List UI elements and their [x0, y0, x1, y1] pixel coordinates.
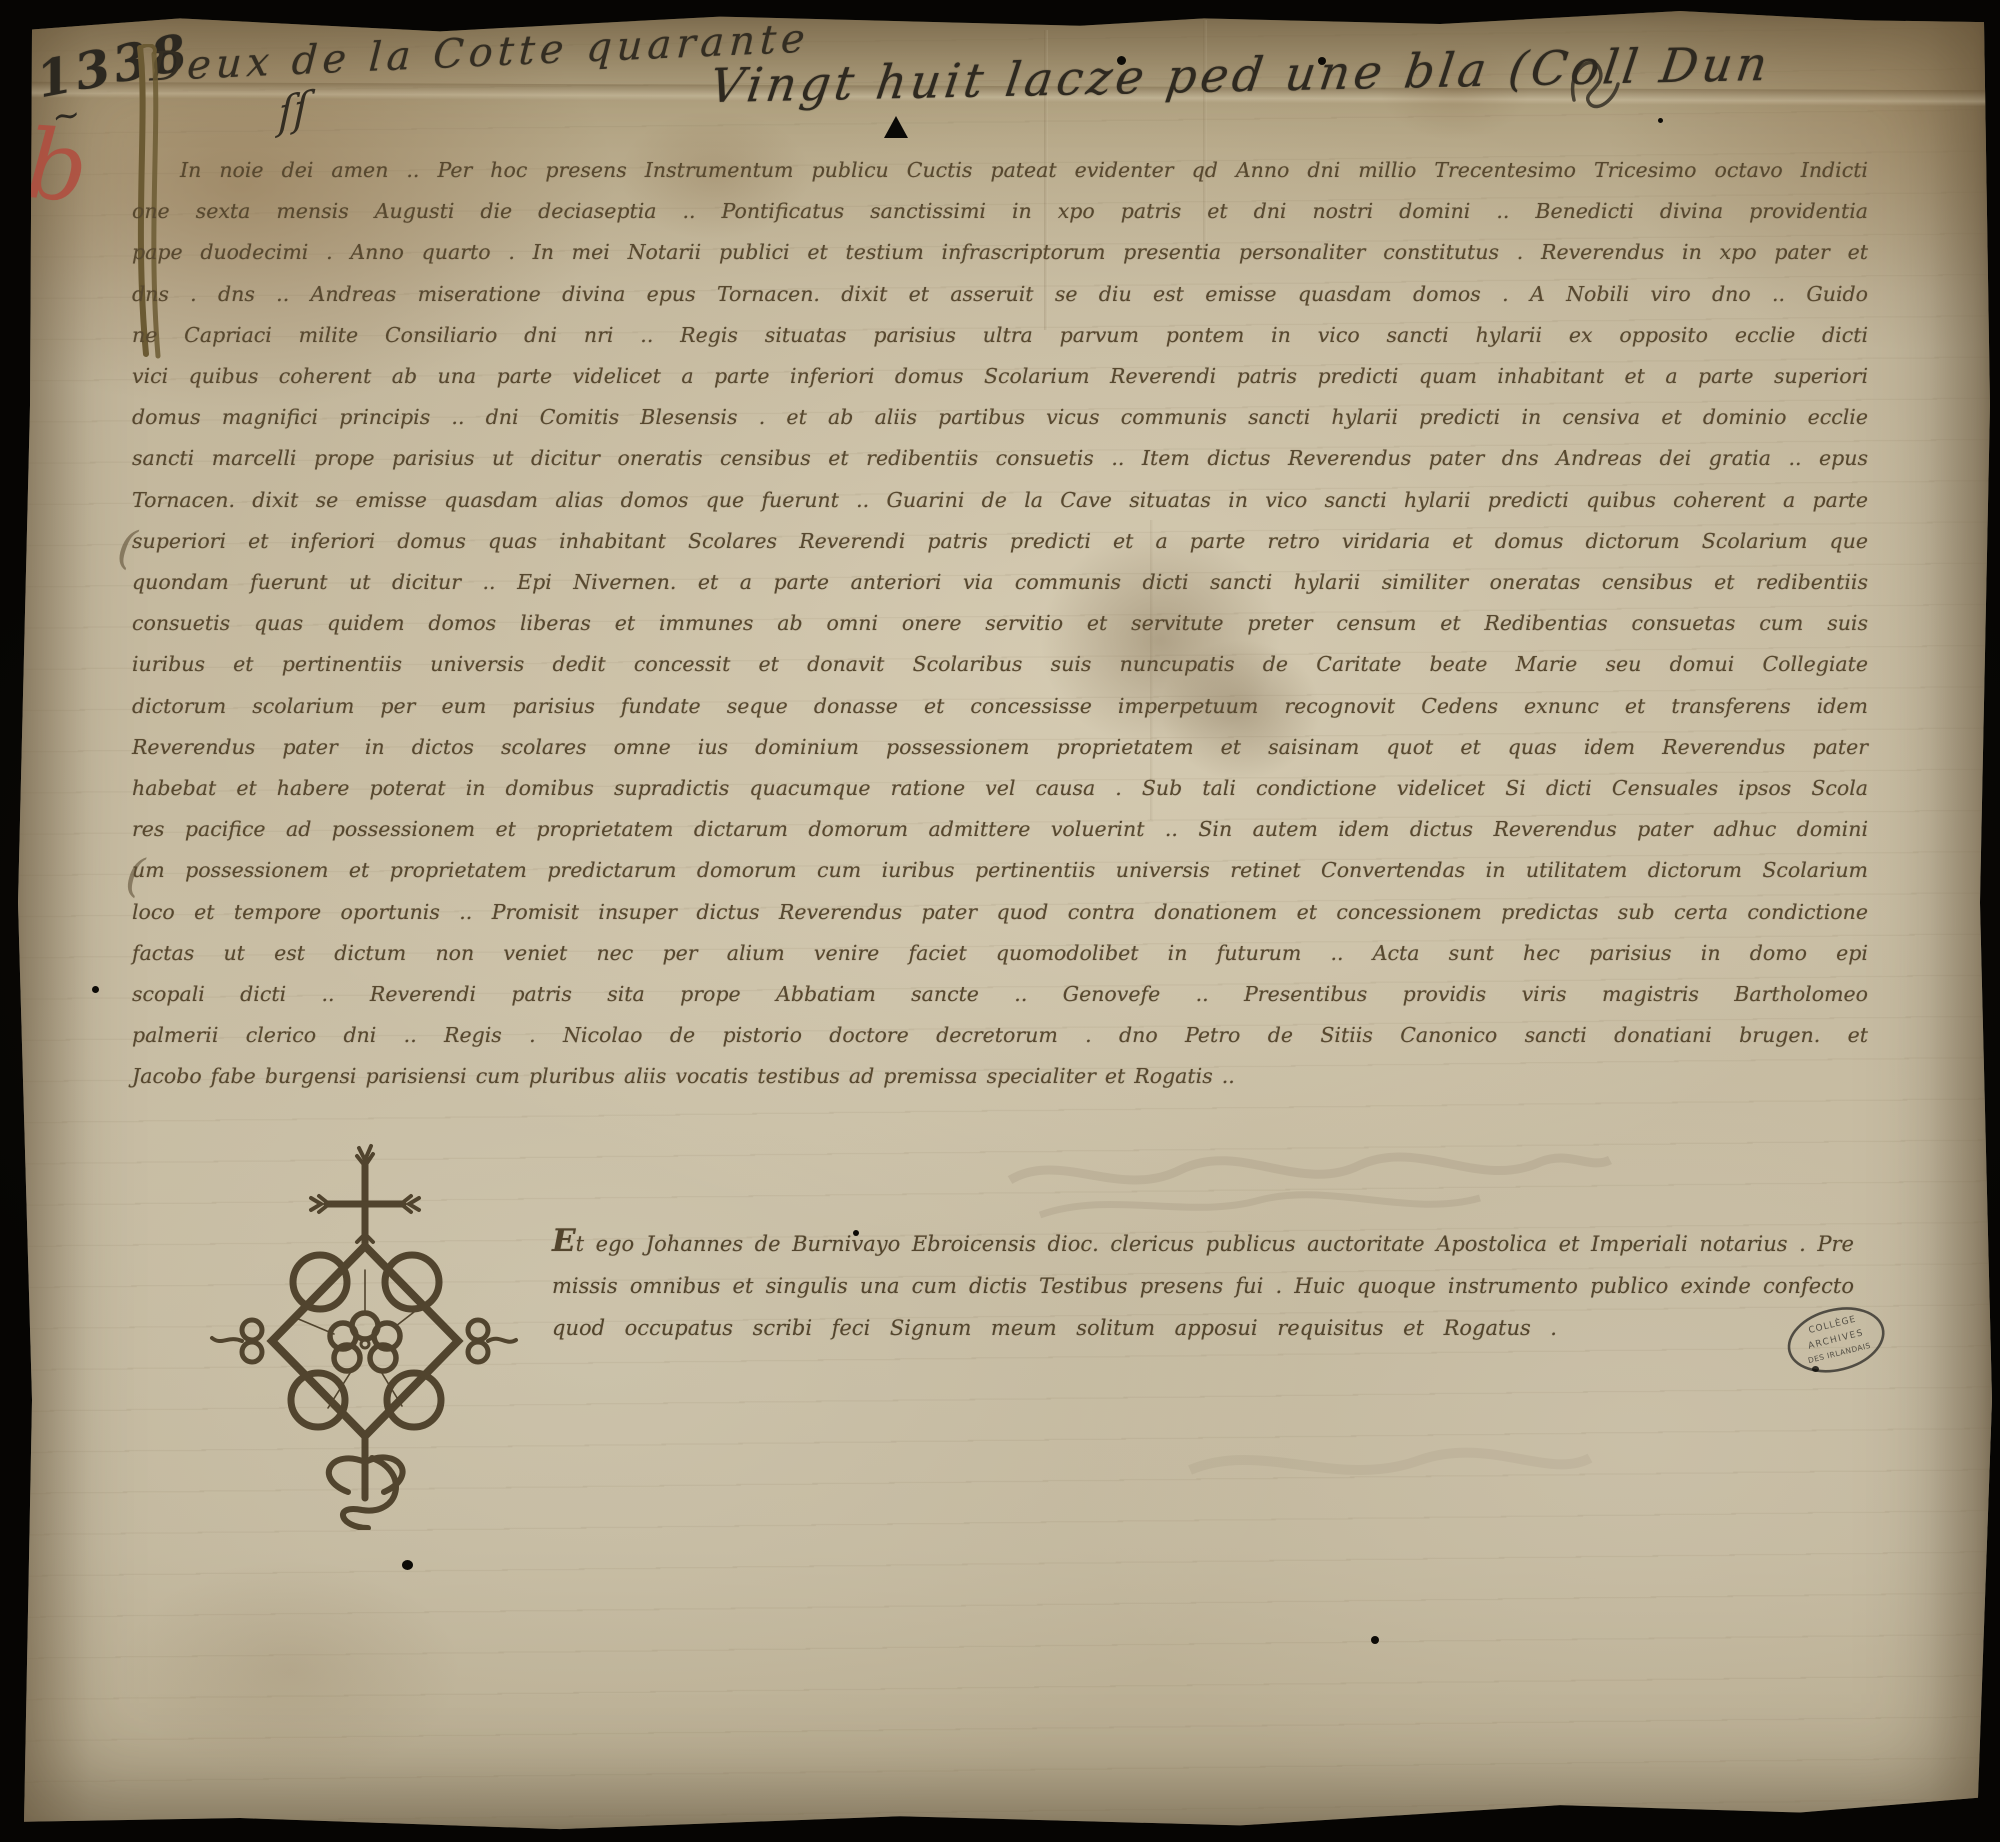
charter-line-12: consuetis quas quidem domos liberas et i… — [132, 603, 1868, 644]
worm-hole-2 — [1371, 1636, 1379, 1644]
title-end-flourish — [1560, 48, 1630, 118]
ink-spot-3 — [853, 1230, 859, 1236]
worm-hole-1 — [402, 1560, 413, 1570]
charter-line-7: domus magnifici principis .. dni Comitis… — [132, 397, 1868, 438]
charter-line-19: loco et tempore oportunis .. Promisit in… — [132, 892, 1868, 933]
charter-line-1: In noie dei amen .. Per hoc presens Inst… — [132, 150, 1868, 191]
charter-line-9: Tornacen. dixit se emisse quasdam alias … — [132, 480, 1868, 521]
charter-line-6: vici quibus coherent ab una parte videli… — [132, 356, 1868, 397]
stain-bottom-left — [120, 1560, 460, 1780]
charter-line-18: um possessionem et proprietatem predicta… — [132, 850, 1868, 891]
ghost-writing — [1000, 1120, 1620, 1230]
ink-spot-2 — [1318, 57, 1326, 65]
charter-line-3: pape duodecimi . Anno quarto . In mei No… — [132, 232, 1868, 273]
charter-line-4: dns . dns .. Andreas miseratione divina … — [132, 274, 1868, 315]
photograph-background: 1338 ~ b Deux de la Cotte quarante ſſ Vi… — [0, 0, 2000, 1842]
charter-line-8: sancti marcelli prope parisius ut dicitu… — [132, 438, 1868, 479]
parchment-hole — [884, 116, 908, 138]
ink-spot-4 — [1658, 118, 1663, 123]
notary-subscription-block: Et ego Johannes de Burnivayo Ebroicensis… — [552, 1220, 1854, 1349]
charter-line-16: habebat et habere poterat in domibus sup… — [132, 768, 1868, 809]
ink-spot-1 — [1117, 56, 1126, 65]
notary-line-3: quod occupatus scribi feci Signum meum s… — [552, 1307, 1557, 1349]
paraph-mark: ſſ — [277, 82, 309, 139]
charter-text-block: In noie dei amen .. Per hoc presens Inst… — [132, 150, 1868, 1098]
charter-line-10: superiori et inferiori domus quas inhabi… — [132, 521, 1868, 562]
charter-line-20: factas ut est dictum non veniet nec per … — [132, 933, 1868, 974]
ghost-writing-2 — [1180, 1420, 1600, 1510]
charter-line-13: iuribus et pertinentiis universis dedit … — [132, 644, 1868, 685]
charter-line-5: ne Capriaci milite Consiliario dni nri .… — [132, 315, 1868, 356]
parchment-sheet: 1338 ~ b Deux de la Cotte quarante ſſ Vi… — [0, 0, 2000, 1842]
worm-hole-3 — [92, 986, 99, 993]
red-margin-letter: b — [23, 116, 91, 216]
charter-line-22: palmerii clerico dni .. Regis . Nicolao … — [132, 1015, 1868, 1056]
ink-spot-stamp — [1812, 1366, 1819, 1372]
charter-line-23: Jacobo fabe burgensi parisiensi cum plur… — [132, 1056, 1868, 1097]
charter-line-17: res pacifice ad possessionem et propriet… — [132, 809, 1868, 850]
charter-line-2: one sexta mensis Augusti die deciaseptia… — [132, 191, 1868, 232]
charter-line-15: Reverendus pater in dictos scolares omne… — [132, 727, 1868, 768]
charter-line-14: dictorum scolarium per eum parisius fund… — [132, 686, 1868, 727]
charter-line-21: scopali dicti .. Reverendi patris sita p… — [132, 974, 1868, 1015]
notary-line-2: missis omnibus et singulis una cum dicti… — [552, 1265, 1854, 1307]
charter-line-11: quondam fuerunt ut dicitur .. Epi Nivern… — [132, 562, 1868, 603]
notarial-sign — [200, 1130, 530, 1530]
